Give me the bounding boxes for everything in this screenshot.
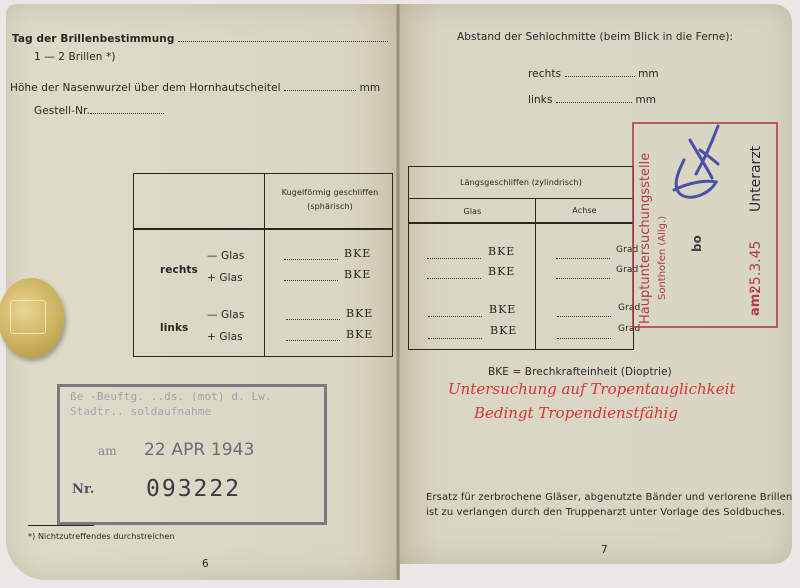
minus-lens-label: — Glas [207, 309, 244, 321]
footnote-rule [28, 525, 94, 526]
blank-field [556, 270, 610, 279]
stamp-date-label: am [98, 444, 117, 458]
stamp-line-2: Stadtr.. soldaufnahme [70, 405, 211, 418]
blank-field [427, 270, 481, 279]
stamp-office-location: Sonthofen (Allg.) [657, 216, 668, 300]
page-number-6: 6 [202, 558, 209, 570]
pupil-right-label: rechts mm [528, 68, 659, 80]
axis-column-header: Achse [537, 206, 632, 215]
plus-lens-label: + Glas [207, 331, 243, 343]
stamp-date: 25.3.45 [748, 241, 764, 294]
handwritten-exam-note: Untersuchung auf Tropentauglichkeit [448, 380, 735, 398]
minus-lens-label: — Glas [207, 250, 244, 262]
page-number-7: 7 [601, 544, 608, 556]
bke-unit: BKE [346, 307, 373, 320]
bke-unit: BKE [490, 324, 517, 337]
left-eye-label: links [160, 322, 188, 334]
table-divider [264, 173, 265, 357]
replacement-note-line2: ist zu verlangen durch den Truppenarzt u… [426, 507, 785, 518]
blank-field [557, 308, 611, 317]
bke-unit: BKE [344, 268, 371, 281]
blank-field [284, 251, 338, 260]
table-divider [133, 228, 393, 230]
handwritten-fitness-note: Bedingt Tropendienstfähig [474, 404, 678, 422]
bke-definition: BKE = Brechkrafteinheit (Dioptrie) [488, 366, 672, 378]
table-divider [408, 198, 634, 199]
signature-icon [660, 120, 740, 210]
table-divider [408, 222, 634, 224]
spherical-header-line1: Kugelförmig geschliffen [276, 188, 384, 197]
blank-field [286, 311, 340, 320]
bke-unit: BKE [346, 328, 373, 341]
frame-number-label: Gestell-Nr. [34, 105, 164, 117]
footnote: *) Nichtzutreffendes durchstreichen [28, 532, 175, 541]
replacement-note-line1: Ersatz für zerbrochene Gläser, abgenutzt… [426, 492, 792, 503]
glasses-date-label: Tag der Brillenbestimmung [12, 33, 388, 45]
blank-field [556, 250, 610, 259]
right-eye-label: rechts [160, 264, 198, 276]
bke-unit: BKE [489, 303, 516, 316]
blank-field [427, 250, 481, 259]
pupil-left-label: links mm [528, 94, 656, 106]
stamp-code: bo [690, 235, 704, 252]
blank-field [286, 332, 340, 341]
blank-field [284, 272, 338, 281]
bke-unit: BKE [344, 247, 371, 260]
stamp-date: 22 APR 1943 [144, 440, 255, 460]
stamp-line-1: ße -Beuftg. ..ds. (mot) d. Lw. [70, 390, 272, 403]
stamp-nr-value: 093222 [146, 476, 241, 502]
cylindrical-header: Längsgeschliffen (zylindrisch) [410, 178, 632, 187]
booklet-spine [396, 4, 400, 580]
table-divider [535, 199, 536, 349]
glass-column-header: Glas [410, 207, 535, 216]
coin [0, 278, 64, 358]
blank-field [428, 330, 482, 339]
blank-field [428, 308, 482, 317]
blank-field [557, 330, 611, 339]
spherical-header-line2: (sphärisch) [276, 202, 384, 211]
stamp-nr-label: Nr. [72, 482, 94, 497]
bridge-height-label: Höhe der Nasenwurzel über dem Hornhautsc… [10, 82, 380, 94]
bke-unit: BKE [488, 245, 515, 258]
stamp-title: Unterarzt [748, 146, 764, 212]
bke-unit: BKE [488, 265, 515, 278]
stamp-office-name: Hauptuntersuchungsstelle [638, 153, 653, 324]
pupil-distance-label: Abstand der Sehlochmitte (beim Blick in … [457, 31, 733, 43]
plus-lens-label: + Glas [207, 272, 243, 284]
glasses-count-note: 1 — 2 Brillen *) [34, 51, 116, 63]
